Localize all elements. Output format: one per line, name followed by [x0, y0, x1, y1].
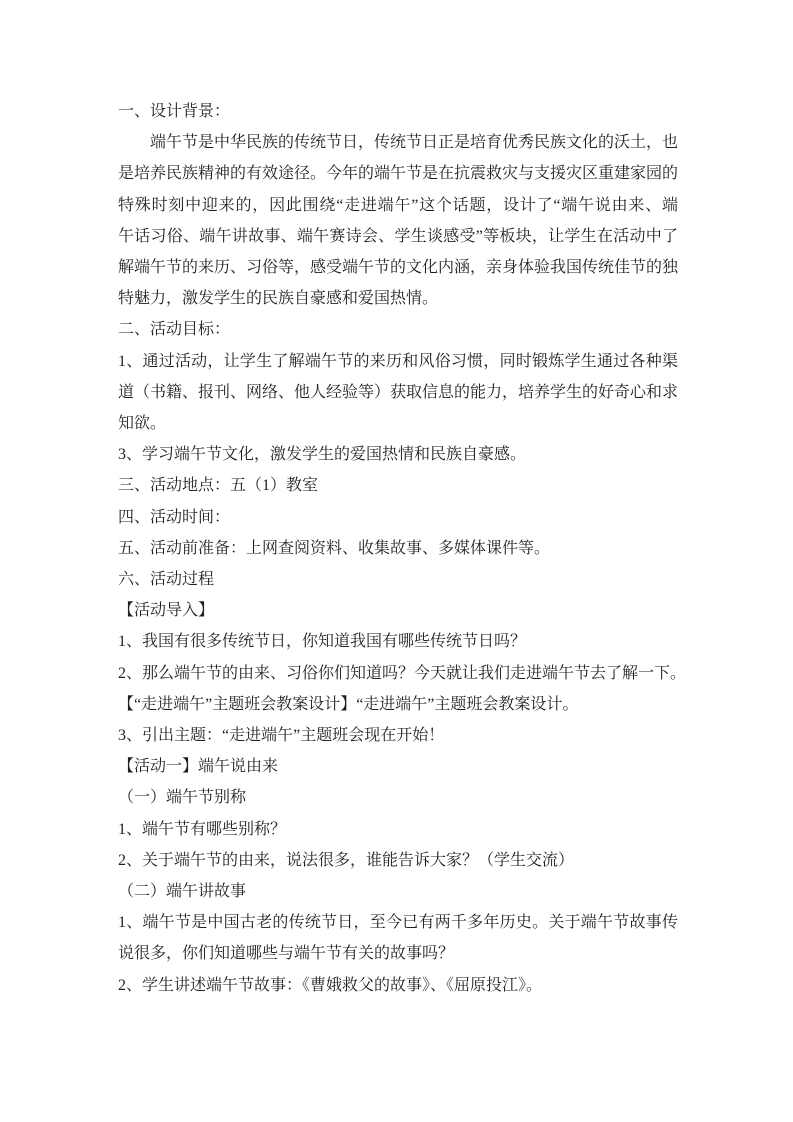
- text-line: 1、通过活动，让学生了解端午节的来历和风俗习惯，同时锻炼学生通过各种渠: [118, 346, 678, 377]
- text-line: 五、活动前准备：上网查阅资料、收集故事、多媒体课件等。: [118, 533, 678, 564]
- text-line: 四、活动时间：: [118, 502, 678, 533]
- text-line: 3、引出主题：“走进端午”主题班会现在开始！: [118, 720, 678, 751]
- text-line: 是培养民族精神的有效途径。今年的端午节是在抗震救灾与支援灾区重建家园的: [118, 158, 678, 189]
- text-line: 特魅力，激发学生的民族自豪感和爱国热情。: [118, 283, 678, 314]
- text-line: 特殊时刻中迎来的，因此围绕“走进端午”这个话题，设计了“端午说由来、端: [118, 190, 678, 221]
- text-line: 【活动一】端午说由来: [118, 751, 678, 782]
- text-line: （一）端午节别称: [118, 782, 678, 813]
- text-line: 1、端午节有哪些别称？: [118, 814, 678, 845]
- text-line: 3、学习端午节文化，激发学生的爱国热情和民族自豪感。: [118, 439, 678, 470]
- text-line: 知欲。: [118, 408, 678, 439]
- text-line: 一、设计背景：: [118, 96, 678, 127]
- text-line: 【活动导入】: [118, 595, 678, 626]
- text-line: 六、活动过程: [118, 564, 678, 595]
- text-line: 午话习俗、端午讲故事、端午赛诗会、学生谈感受”等板块，让学生在活动中了: [118, 221, 678, 252]
- text-line: 1、我国有很多传统节日，你知道我国有哪些传统节日吗？: [118, 626, 678, 657]
- text-line: 2、那么端午节的由来、习俗你们知道吗？今天就让我们走进端午节去了解一下。: [118, 658, 678, 689]
- text-line: 说很多，你们知道哪些与端午节有关的故事吗？: [118, 938, 678, 969]
- text-line: 1、端午节是中国古老的传统节日，至今已有两千多年历史。关于端午节故事传: [118, 907, 678, 938]
- document-text: 一、设计背景：端午节是中华民族的传统节日，传统节日正是培育优秀民族文化的沃土，也…: [118, 96, 678, 1001]
- text-line: 【“走进端午”主题班会教案设计】“走进端午”主题班会教案设计。: [118, 689, 678, 720]
- text-line: 2、学生讲述端午节故事：《曹娥救父的故事》、《屈原投江》。: [118, 970, 678, 1001]
- text-line: 二、活动目标：: [118, 314, 678, 345]
- text-line: 道（书籍、报刊、网络、他人经验等）获取信息的能力，培养学生的好奇心和求: [118, 377, 678, 408]
- text-line: 解端午节的来历、习俗等，感受端午节的文化内涵，亲身体验我国传统佳节的独: [118, 252, 678, 283]
- text-line: 三、活动地点：五（1）教室: [118, 470, 678, 501]
- text-line: 2、关于端午节的由来，说法很多，谁能告诉大家？（学生交流）: [118, 845, 678, 876]
- text-line: （二）端午讲故事: [118, 876, 678, 907]
- document-page: 一、设计背景：端午节是中华民族的传统节日，传统节日正是培育优秀民族文化的沃土，也…: [0, 0, 793, 1122]
- text-line: 端午节是中华民族的传统节日，传统节日正是培育优秀民族文化的沃土，也: [118, 127, 678, 158]
